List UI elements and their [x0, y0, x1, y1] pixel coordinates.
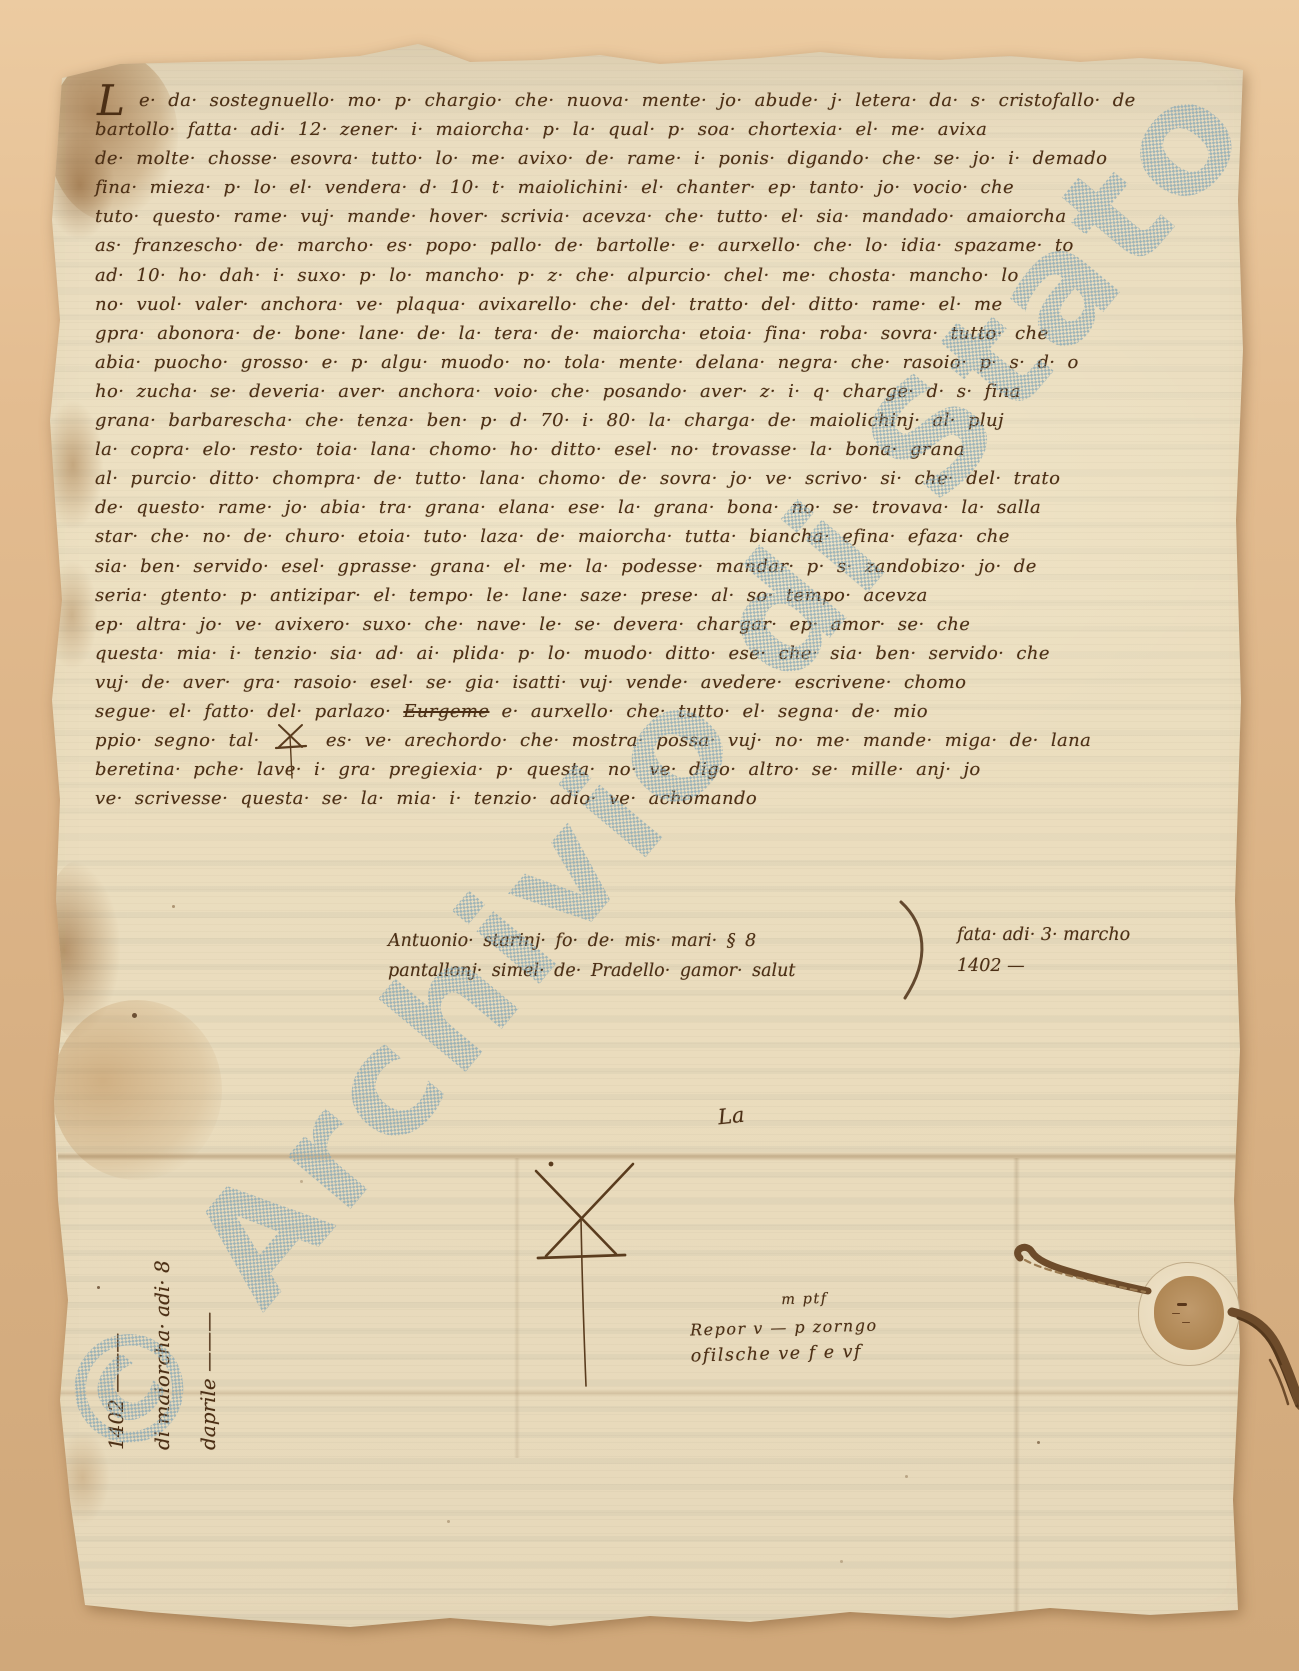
scan-background: { "colors": { "background": "#d9b184", "…: [0, 0, 1299, 1671]
letter-paper: L e· da· sostegnuello· mo· p· chargio· c…: [0, 0, 1299, 1671]
seal-wax-spot: [1138, 1262, 1240, 1366]
edge-vignette: [0, 0, 1299, 1671]
paper-shadow: L e· da· sostegnuello· mo· p· chargio· c…: [0, 0, 1299, 1671]
paper-specks: [0, 0, 3, 3]
seal-wax-speck: [1177, 1303, 1187, 1306]
seal-wax-center: [1154, 1276, 1224, 1350]
